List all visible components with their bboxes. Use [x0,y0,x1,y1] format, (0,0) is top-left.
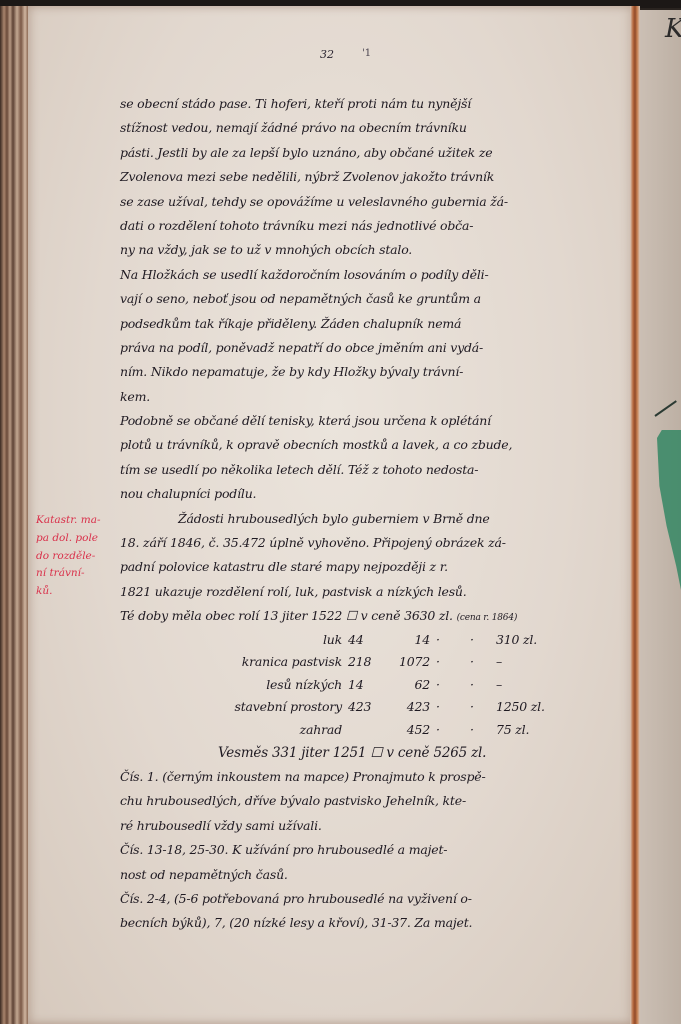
land-table-row: stavební prostory 423 423 · · 1250 zl. [120,696,630,719]
text-line: vají o seno, neboť jsou od nepamětných č… [120,287,630,311]
row-price: 310 zl. [496,629,537,652]
text-line: ré hrubousedlí vždy sami užívali. [120,814,630,838]
row-square-fathoms: 423 [382,696,430,719]
dot: · [470,674,474,697]
red-margin-note: Katastr. ma- pa dol. pole do rozděle- ní… [36,512,118,601]
summary-note: (cena r. 1864) [457,613,518,623]
row-label: kranica pastvisk [120,651,342,674]
row-price: – [496,651,502,674]
row-jiter: 14 [348,674,364,697]
text-line: stížnost vedou, nemají žádné právo na ob… [120,116,630,140]
dot: · [436,719,440,742]
margin-note-line: ků. [36,583,118,601]
land-table-total: Vesměs 331 jiter 1251 ☐ v ceně 5265 zl. [120,741,630,765]
text-line: nou chalupníci podílu. [120,482,630,506]
row-price: 1250 zl. [496,696,545,719]
row-square-fathoms: 14 [382,629,430,652]
margin-note-line: do rozděle- [36,548,118,566]
text-line: tím se usedlí po několika letech dělí. T… [120,458,630,482]
row-label: luk [120,629,342,652]
dot: · [436,629,440,652]
text-line: Čís. 2-4, (5-6 potřebovaná pro hruboused… [120,887,630,911]
text-line: kem. [120,385,630,409]
row-jiter: 218 [348,651,371,674]
dot: · [470,629,474,652]
text-line: 1821 ukazuje rozdělení rolí, luk, pastvi… [120,580,630,604]
text-line: pásti. Jestli by ale za lepší bylo uznán… [120,141,630,165]
page-mark: '1 [362,48,371,59]
row-square-fathoms: 1072 [382,651,430,674]
facing-page-letter: K [665,14,681,44]
text-line: dati o rozdělení tohoto trávníku mezi ná… [120,214,630,238]
text-line: ním. Nikdo nepamatuje, že by kdy Hložky … [120,360,630,384]
dot: · [436,696,440,719]
dot: · [470,696,474,719]
text-line: Na Hložkách se usedlí každoročním losová… [120,263,630,287]
dot: · [470,719,474,742]
row-price: – [496,674,502,697]
text-line: Čís. 1. (černým inkoustem na mapce) Pron… [120,765,630,789]
dot: · [470,651,474,674]
summary-line: Té doby měla obec rolí 13 jiter 1522 ☐ v… [120,604,630,628]
dot: · [436,674,440,697]
text-line: Podobně se občané dělí tenisky, která js… [120,409,630,433]
text-line: chu hrubousedlých, dříve bývalo pastvisk… [120,789,630,813]
dot: · [436,651,440,674]
text-line: padní polovice katastru dle staré mapy n… [120,555,630,579]
margin-note-line: pa dol. pole [36,530,118,548]
text-line: nost od nepamětných časů. [120,863,630,887]
text-line: Čís. 13-18, 25-30. K užívání pro hrubous… [120,838,630,862]
row-jiter: 423 [348,696,371,719]
text-line: se obecní stádo pase. Ti hoferi, kteří p… [120,92,630,116]
margin-note-line: ní trávní- [36,565,118,583]
row-label: stavební prostory [120,696,342,719]
row-square-fathoms: 62 [382,674,430,697]
book-spine-edge [0,6,28,1024]
row-jiter: 44 [348,629,364,652]
row-square-fathoms: 452 [382,719,430,742]
land-table-row: zahrad 452 · · 75 zl. [120,719,630,742]
text-line: 18. září 1846, č. 35.472 úplně vyhověno.… [120,531,630,555]
land-table-row: lesů nízkých 14 62 · · – [120,674,630,697]
text-line: plotů u trávníků, k opravě obecních most… [120,433,630,457]
text-line: se zase užíval, tehdy se opovážíme u vel… [120,190,630,214]
row-label: lesů nízkých [120,674,342,697]
text-line: ny na vždy, jak se to už v mnohých obcíc… [120,238,630,262]
row-price: 75 zl. [496,719,529,742]
text-line: práva na podíl, poněvadž nepatří do obce… [120,336,630,360]
land-table-row: kranica pastvisk 218 1072 · · – [120,651,630,674]
row-label: zahrad [120,719,342,742]
text-line: Žádosti hrubousedlých bylo guberniem v B… [120,507,630,531]
gutter-stain [630,6,640,1024]
page-number: 32 [320,48,334,61]
summary-text: Té doby měla obec rolí 13 jiter 1522 ☐ v… [120,608,453,623]
text-line: Zvolenova mezi sebe nedělili, nýbrž Zvol… [120,165,630,189]
land-table-row: luk 44 14 · · 310 zl. [120,629,630,652]
margin-note-line: Katastr. ma- [36,512,118,530]
text-line: becních býků), 7, (20 nízké lesy a křoví… [120,911,630,935]
handwritten-text: se obecní stádo pase. Ti hoferi, kteří p… [120,92,630,936]
text-line: podsedkům tak říkaje přiděleny. Žáden ch… [120,312,630,336]
